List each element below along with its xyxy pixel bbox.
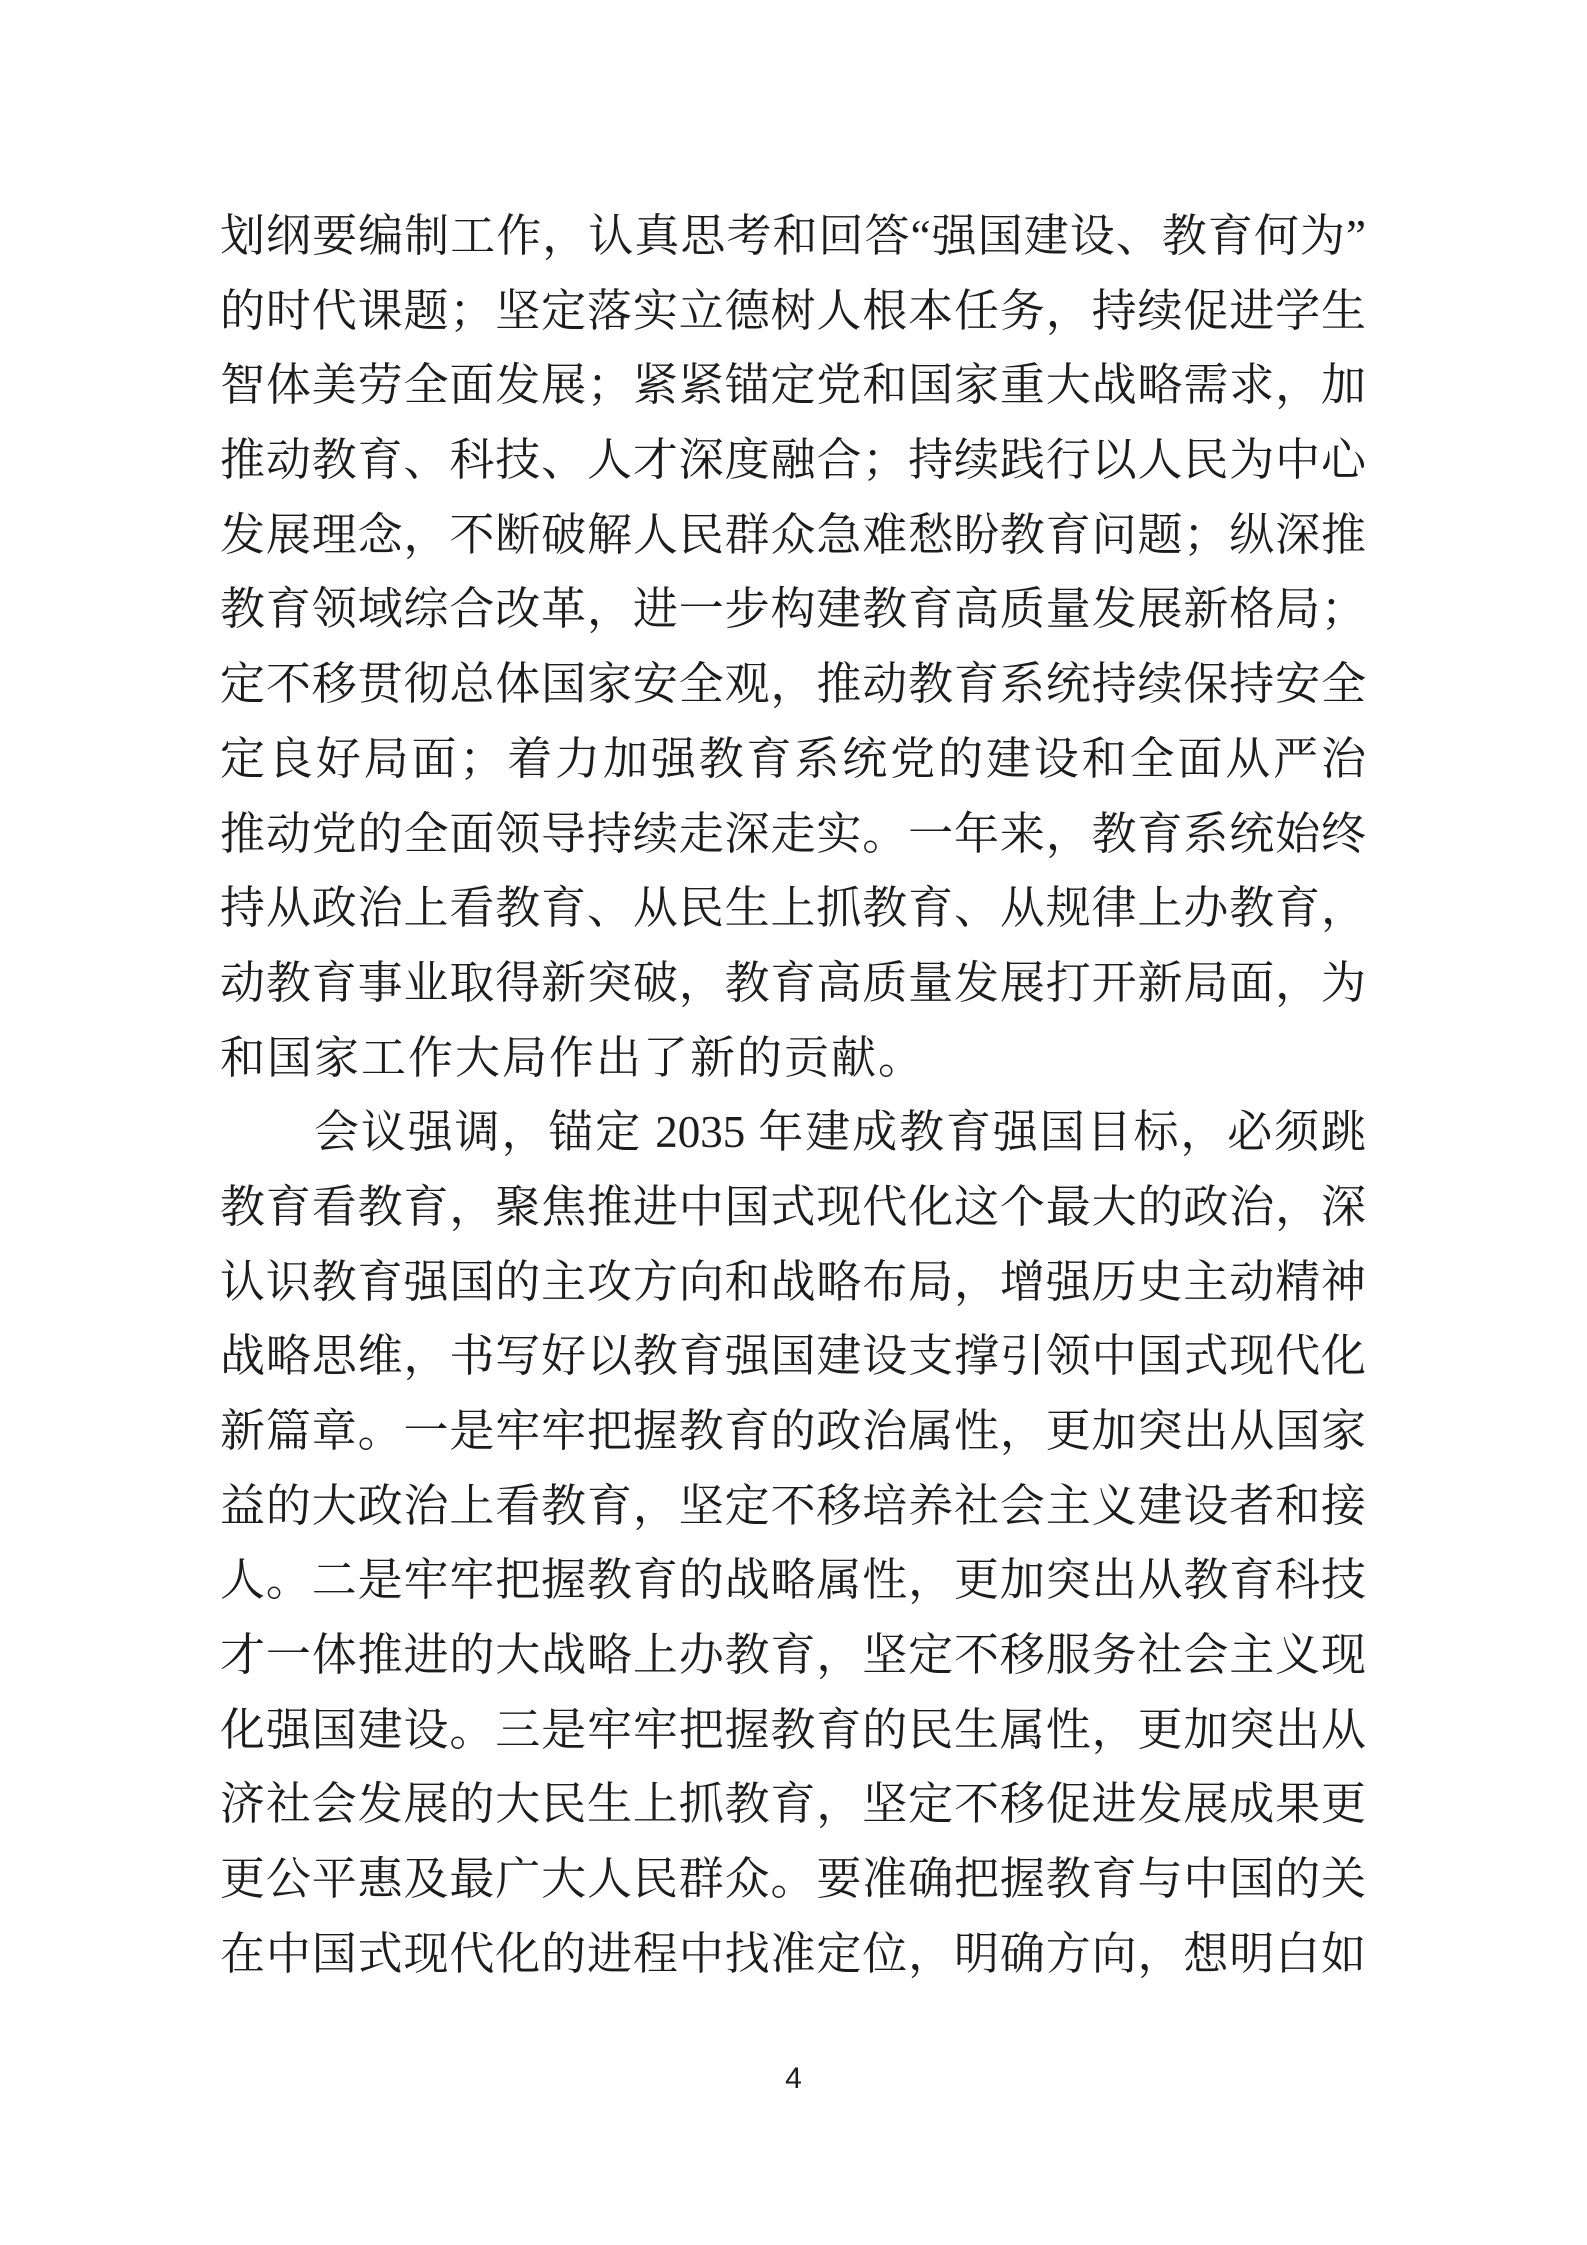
text-line: 推动教育、科技、人才深度融合；持续践行以人民为中心的: [220, 423, 1366, 498]
text-line: 定不移贯彻总体国家安全观，推动教育系统持续保持安全稳: [220, 647, 1366, 722]
text-line: 动教育事业取得新突破，教育高质量发展打开新局面，为党: [220, 946, 1366, 1021]
page: 划纲要编制工作，认真思考和回答“强国建设、教育何为” 的时代课题；坚定落实立德树…: [0, 0, 1587, 2245]
text-line: 教育看教育，聚焦推进中国式现代化这个最大的政治，深刻: [220, 1170, 1366, 1245]
text-line: 更公平惠及最广大人民群众。要准确把握教育与中国的关系，: [220, 1842, 1366, 1917]
text-line: 推动党的全面领导持续走深走实。一年来，教育系统始终坚: [220, 797, 1366, 872]
text-line: 认识教育强国的主攻方向和战略布局，增强历史主动精神和: [220, 1245, 1366, 1320]
text-line: 的时代课题；坚定落实立德树人根本任务，持续促进学生德: [220, 274, 1366, 349]
text-line: 教育领域综合改革，进一步构建教育高质量发展新格局；坚: [220, 572, 1366, 647]
text-line: 发展理念，不断破解人民群众急难愁盼教育问题；纵深推进: [220, 498, 1366, 573]
text-line: 会议强调，锚定 2035 年建成教育强国目标，必须跳出: [220, 1095, 1366, 1170]
text-line: 济社会发展的大民生上抓教育，坚定不移促进发展成果更多: [220, 1767, 1366, 1842]
paragraph-1: 划纲要编制工作，认真思考和回答“强国建设、教育何为” 的时代课题；坚定落实立德树…: [220, 199, 1366, 1095]
body-text: 划纲要编制工作，认真思考和回答“强国建设、教育何为” 的时代课题；坚定落实立德树…: [220, 199, 1366, 1992]
text-line: 和国家工作大局作出了新的贡献。: [220, 1021, 1366, 1096]
text-line: 益的大政治上看教育，坚定不移培养社会主义建设者和接班: [220, 1469, 1366, 1544]
document-page: { "document": { "page_number": "4", "col…: [0, 0, 1587, 2245]
text-line: 智体美劳全面发展；紧紧锚定党和国家重大战略需求，加速: [220, 348, 1366, 423]
text-line: 新篇章。一是牢牢把握教育的政治属性，更加突出从国家利: [220, 1394, 1366, 1469]
text-line: 才一体推进的大战略上办教育，坚定不移服务社会主义现代: [220, 1618, 1366, 1693]
text-line: 战略思维，书写好以教育强国建设支撑引领中国式现代化的: [220, 1319, 1366, 1394]
text-line: 在中国式现代化的进程中找准定位，明确方向，想明白如何: [220, 1917, 1366, 1992]
text-line: 划纲要编制工作，认真思考和回答“强国建设、教育何为”: [220, 199, 1366, 274]
text-line: 持从政治上看教育、从民生上抓教育、从规律上办教育，推: [220, 871, 1366, 946]
text-line: 人。二是牢牢把握教育的战略属性，更加突出从教育科技人: [220, 1543, 1366, 1618]
text-line: 定良好局面；着力加强教育系统党的建设和全面从严治党，: [220, 722, 1366, 797]
page-number: 4: [0, 2060, 1587, 2098]
text-line: 化强国建设。三是牢牢把握教育的民生属性，更加突出从经: [220, 1693, 1366, 1768]
paragraph-2: 会议强调，锚定 2035 年建成教育强国目标，必须跳出 教育看教育，聚焦推进中国…: [220, 1095, 1366, 1991]
